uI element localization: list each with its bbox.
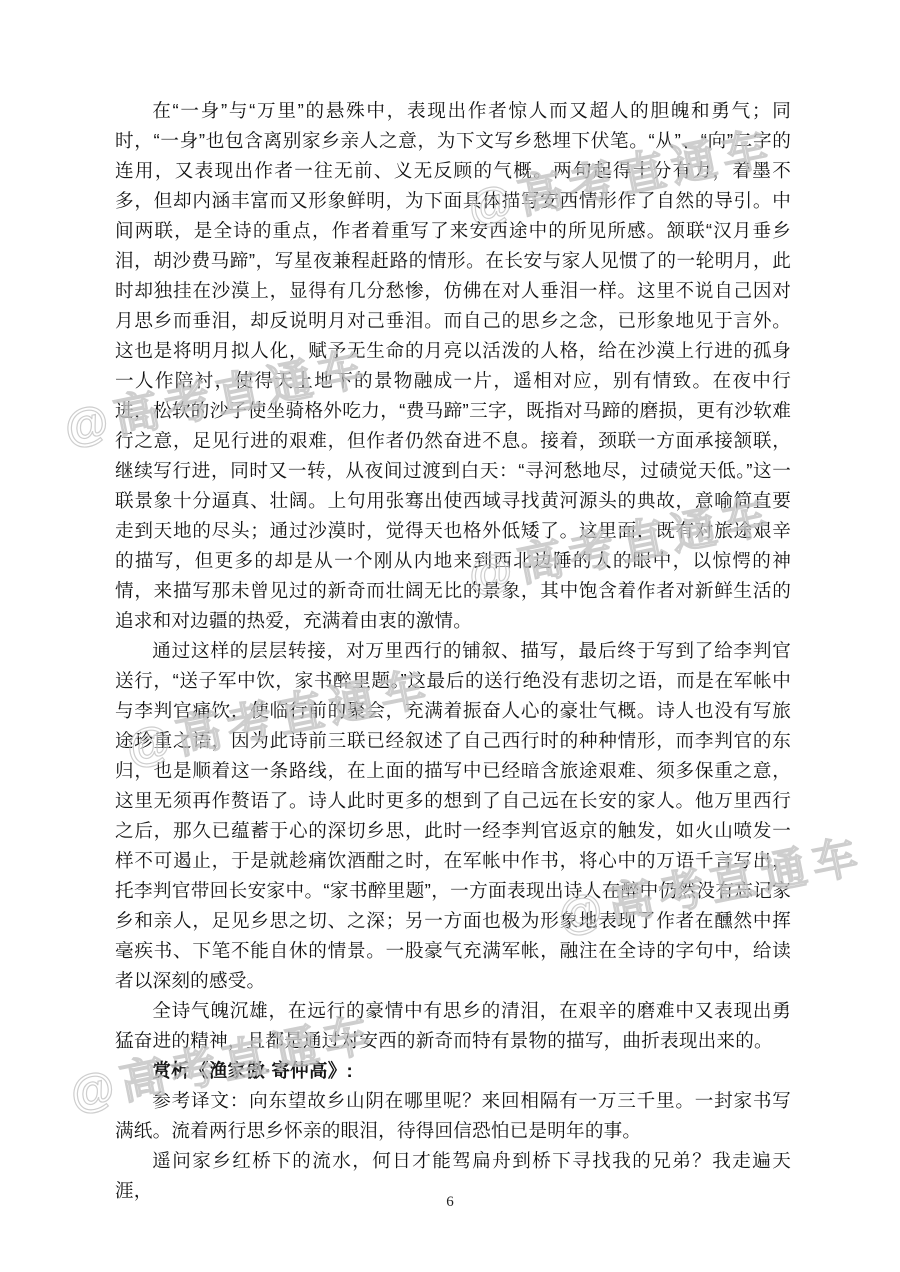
- page-number: 6: [0, 1194, 900, 1211]
- paragraph-analysis-couplets: 在“一身”与“万里”的悬殊中，表现出作者惊人而又超人的胆魄和勇气；同时，“一身”…: [115, 96, 791, 636]
- paragraph-analysis-farewell: 通过这样的层层转接，对万里西行的铺叙、描写，最后终于写到了给李判官送行，“送子军…: [115, 636, 791, 996]
- text-body: 在“一身”与“万里”的悬殊中，表现出作者惊人而又超人的胆魄和勇气；同时，“一身”…: [115, 96, 791, 1206]
- section-heading: 赏析《渔家傲·寄仲高》:: [115, 1056, 791, 1086]
- paragraph-translation-1: 参考译文：向东望故乡山阴在哪里呢？来回相隔有一万三千里。一封家书写满纸。流着两行…: [115, 1086, 791, 1146]
- paragraph-analysis-summary: 全诗气魄沉雄，在远行的豪情中有思乡的清泪，在艰辛的磨难中又表现出勇猛奋进的精神，…: [115, 996, 791, 1056]
- document-page: 在“一身”与“万里”的悬殊中，表现出作者惊人而又超人的胆魄和勇气；同时，“一身”…: [0, 0, 900, 1272]
